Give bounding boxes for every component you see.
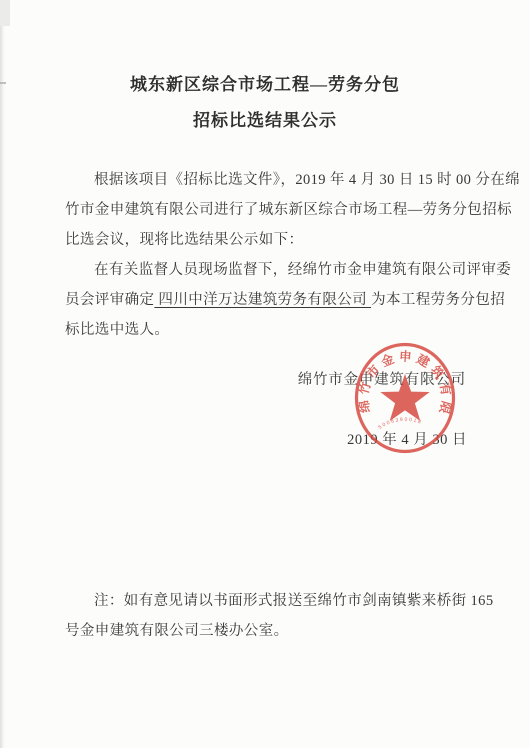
para2-line2: 员会评审确定 四川中洋万达建筑劳务有限公司 为本工程劳务分包招 — [65, 285, 500, 315]
para2-line2-suffix: 为本工程劳务分包招 — [371, 292, 505, 308]
para2-line1: 在有关监督人员现场监督下，经绵竹市金申建筑有限公司评审委 — [65, 255, 500, 285]
para1-line1: 根据该项目《招标比选文件》，2019 年 4 月 30 日 15 时 00 分在… — [65, 165, 500, 195]
note-line2: 号金申建筑有限公司三楼办公室。 — [65, 616, 500, 646]
para2-line3: 标比选中选人。 — [65, 315, 500, 345]
winner-company-name: 四川中洋万达建筑劳务有限公司 — [154, 292, 371, 308]
para1-line2: 竹市金申建筑有限公司进行了城东新区综合市场工程—劳务分包招标 — [65, 195, 500, 225]
signature-company: 绵竹市金申建筑有限公司 — [298, 368, 466, 389]
footer-note: 注：如有意见请以书面形式报送至绵竹市剑南镇紫来桥街 165 号金申建筑有限公司三… — [65, 586, 500, 646]
document-body: 根据该项目《招标比选文件》，2019 年 4 月 30 日 15 时 00 分在… — [65, 165, 500, 345]
document-title-line2: 招标比选结果公示 — [0, 110, 530, 132]
note-line1: 注：如有意见请以书面形式报送至绵竹市剑南镇紫来桥街 165 — [65, 586, 500, 616]
document-title-line1: 城东新区综合市场工程—劳务分包 — [0, 74, 530, 96]
scanned-document-page: 城东新区综合市场工程—劳务分包 招标比选结果公示 根据该项目《招标比选文件》，2… — [0, 0, 530, 748]
signature-date: 2019 年 4 月 30 日 — [347, 428, 467, 449]
para2-line2-prefix: 员会评审确定 — [65, 292, 154, 308]
para1-line3: 比选会议，现将比选结果公示如下： — [65, 225, 500, 255]
scan-corner-artifact — [0, 0, 10, 26]
